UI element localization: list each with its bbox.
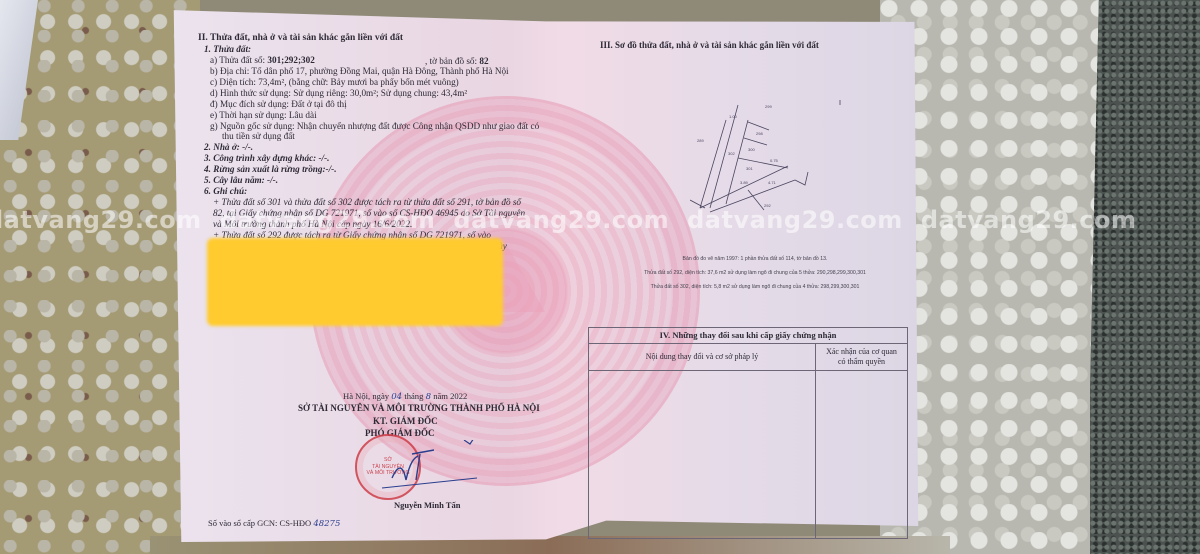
svg-text:3.89: 3.89 — [740, 180, 749, 185]
signer-authority: KT. GIÁM ĐỐC — [373, 416, 438, 427]
signer-name: Nguyễn Minh Tấn — [394, 500, 460, 511]
svg-text:302: 302 — [728, 151, 735, 156]
section-2-title: II. Thửa đất, nhà ở và tài sản khác gắn … — [198, 33, 403, 44]
map-note: Thửa đất số 302, diện tích: 5,8 m2 sử dụ… — [600, 280, 910, 294]
notes-heading: 6. Ghi chú: — [204, 186, 247, 197]
redaction-highlight — [207, 238, 503, 326]
col-authority-confirmation: Xác nhận của cơ quan có thẩm quyền — [816, 344, 907, 370]
parcel-number-value: 301;292;302 — [267, 55, 314, 65]
note-line: 82, tại Giấy chứng nhận số DG 721971, số… — [213, 208, 525, 219]
note-line: + Thửa đất số 301 và thửa đất số 302 đượ… — [213, 197, 521, 208]
map-sheet-value: 82 — [479, 56, 488, 66]
land-heading: 1. Thửa đất: — [204, 44, 251, 55]
area: c) Diện tích: 73,4m², (bằng chữ: Bảy mươ… — [210, 77, 459, 88]
map-note: Bản đồ đo vẽ năm 1997: 1 phần thửa đất s… — [600, 252, 910, 266]
usage-purpose: đ) Mục đích sử dụng: Đất ở tại đô thị — [210, 99, 347, 110]
other-construction: 3. Công trình xây dựng khác: -/-. — [204, 153, 329, 164]
svg-text:301: 301 — [746, 166, 753, 171]
changes-table-body — [589, 371, 907, 538]
map-note: Thửa đất số 292, diện tích: 37,6 m2 sử d… — [600, 266, 910, 280]
map-notes: Bản đồ đo vẽ năm 1997: 1 phần thửa đất s… — [600, 252, 910, 294]
svg-text:292: 292 — [764, 203, 771, 208]
granite-step — [1090, 0, 1200, 554]
changes-table: IV. Những thay đổi sau khi cấp giấy chứn… — [588, 327, 908, 539]
parcel-diagram: 299 289 298 300 301 302 292 0.75 1.00 3.… — [690, 100, 850, 230]
usage-origin-cont: thu tiền sử dụng đất — [222, 131, 295, 142]
usage-form: d) Hình thức sử dụng: Sử dụng riêng: 30,… — [210, 88, 467, 99]
svg-text:289: 289 — [697, 138, 704, 143]
issue-month: 8 — [426, 392, 431, 402]
svg-text:300: 300 — [748, 147, 755, 152]
registry-number-value: 48275 — [313, 519, 340, 529]
issue-date: Hà Nội, ngày 04 tháng 8 năm 2022 — [343, 391, 467, 403]
usage-term: e) Thời hạn sử dụng: Lâu dài — [210, 110, 317, 121]
changes-table-header: Nội dung thay đổi và cơ sở pháp lý Xác n… — [589, 344, 907, 371]
parcel-number-row: a) Thửa đất số: 301;292;302 — [210, 55, 315, 66]
section-3-title: III. Sơ đồ thửa đất, nhà ở và tài sản kh… — [600, 40, 819, 51]
signature-icon — [372, 440, 482, 500]
col-change-content: Nội dung thay đổi và cơ sở pháp lý — [589, 344, 816, 370]
house: 2. Nhà ở: -/-. — [204, 142, 253, 153]
address: b) Địa chỉ: Tổ dân phố 17, phường Đồng M… — [210, 66, 509, 77]
production-forest: 4. Rừng sản xuất là rừng trồng:-/-. — [204, 164, 337, 175]
svg-text:298: 298 — [756, 131, 763, 136]
perennial-trees: 5. Cây lâu năm: -/-. — [204, 175, 278, 186]
terrazzo-floor-left — [0, 0, 200, 554]
parcel-number-label: a) Thửa đất số: — [210, 55, 265, 65]
note-line: và Môi trường thành phố Hà Nội cấp ngày … — [213, 219, 412, 230]
map-sheet-label: , tờ bản đồ số: — [425, 56, 477, 66]
registry-number: Số vào sổ cấp GCN: CS-HĐO 48275 — [208, 518, 340, 530]
svg-text:0.75: 0.75 — [770, 158, 779, 163]
svg-text:4.71: 4.71 — [768, 180, 777, 185]
svg-text:299: 299 — [765, 104, 772, 109]
issuing-organization: SỞ TÀI NGUYÊN VÀ MÔI TRƯỜNG THÀNH PHỐ HÀ… — [298, 403, 540, 414]
section-4-title: IV. Những thay đổi sau khi cấp giấy chứn… — [589, 328, 907, 344]
issue-day: 04 — [391, 392, 402, 402]
svg-text:1.00: 1.00 — [729, 114, 738, 119]
